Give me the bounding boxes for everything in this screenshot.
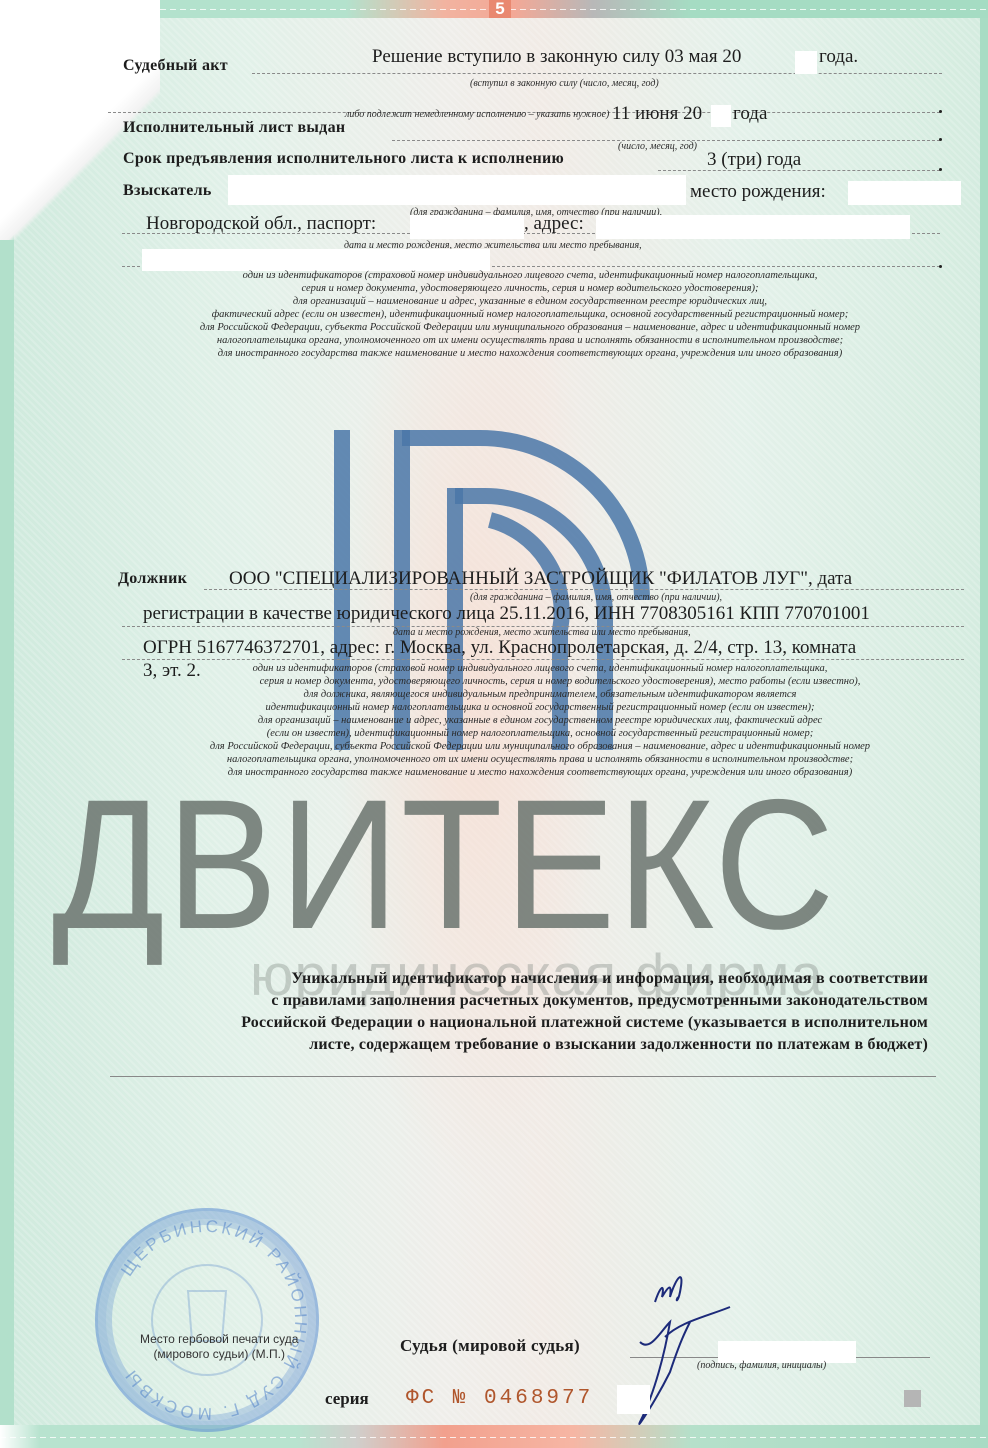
address-redaction: [596, 215, 910, 239]
judicial-act-line: [252, 73, 942, 74]
line-end-dot: [939, 110, 942, 113]
svg-text:ЩЕРБИНСКИЙ РАЙОННЫЙ СУД Г. МОС: ЩЕРБИНСКИЙ РАЙОННЫЙ СУД Г. МОСКВЫ: [117, 1217, 310, 1424]
term-label: Срок предъявления исполнительного листа …: [123, 150, 564, 168]
note-line: серия и номер документа, удостоверяющего…: [120, 282, 940, 295]
judicial-act-label: Судебный акт: [123, 57, 228, 75]
debtor-line-3-rule: [122, 659, 964, 660]
note-line: для Российской Федерации, субъекта Росси…: [120, 321, 940, 334]
brand-watermark: ДВИТЕКС: [52, 790, 836, 940]
birthplace-label: место рождения:: [690, 181, 826, 203]
seal-place-line-2: (мирового судьи) (М.П.): [140, 1347, 298, 1362]
seal-place-label: Место гербовой печати суда (мирового суд…: [140, 1332, 298, 1362]
redaction: [711, 105, 731, 127]
note-line: (если он известен), идентификационный но…: [110, 727, 970, 740]
series-label: серия: [325, 1389, 369, 1409]
writ-issued-hint: (число, месяц, год): [618, 141, 697, 152]
claimant-notes: один из идентификаторов (страховой номер…: [120, 269, 940, 360]
debtor-line-2: регистрации в качестве юридического лица…: [143, 603, 870, 625]
page-number: 5: [489, 0, 511, 18]
court-seal: ЩЕРБИНСКИЙ РАЙОННЫЙ СУД Г. МОСКВЫ: [95, 1208, 319, 1432]
redaction: [795, 51, 817, 74]
judge-label: Судья (мировой судья): [400, 1336, 580, 1356]
uid-line: Уникальный идентификатор начисления и ин…: [108, 968, 928, 990]
note-line: для организаций – наименование и адрес, …: [110, 714, 970, 727]
debtor-label: Должник: [118, 570, 187, 588]
writ-issued-label: Исполнительный лист выдан: [123, 119, 345, 137]
debtor-hint-1: (для гражданина – фамилия, имя, отчество…: [470, 592, 722, 603]
debtor-line-1: ООО "СПЕЦИАЛИЗИРОВАННЫЙ ЗАСТРОЙЩИК "ФИЛА…: [229, 568, 852, 590]
claimant-line-2-prefix: Новгородской обл., паспорт:: [146, 213, 376, 235]
note-line: один из идентификаторов (страховой номер…: [110, 662, 970, 675]
corner-marker: [904, 1390, 921, 1407]
claimant-label: Взыскатель: [123, 182, 212, 200]
note-line: один из идентификаторов (страховой номер…: [120, 269, 940, 282]
judicial-act-hint: (вступил в законную силу (число, месяц, …: [470, 78, 659, 89]
address-label: , адрес:: [524, 213, 584, 235]
seal-ring-icon: ЩЕРБИНСКИЙ РАЙОННЫЙ СУД Г. МОСКВЫ: [98, 1211, 316, 1429]
judicial-act-value: Решение вступило в законную силу 03 мая …: [372, 46, 741, 68]
series-redaction: [617, 1385, 650, 1414]
note-line: для должника, являющегося индивидуальным…: [110, 688, 970, 701]
claimant-name-redaction: [228, 175, 686, 205]
passport-redaction: [410, 215, 524, 239]
note-line: для иностранного государства также наиме…: [120, 347, 940, 360]
writ-issued-suffix: года: [733, 103, 767, 125]
claimant-line-3-redaction: [142, 249, 490, 271]
line-end-dot: [939, 265, 942, 268]
note-line: идентификационный номер налогоплательщик…: [110, 701, 970, 714]
immediate-hint: либо подлежит немедленному исполнению – …: [345, 109, 609, 120]
note-line: налогоплательщика органа, уполномоченног…: [120, 334, 940, 347]
seal-place-line-1: Место гербовой печати суда: [140, 1332, 298, 1347]
note-line: для Российской Федерации, субъекта Росси…: [110, 740, 970, 753]
line-end-dot: [939, 138, 942, 141]
uid-line: Российской Федерации о национальной плат…: [108, 1012, 928, 1034]
uid-line: листе, содержащем требование о взыскании…: [108, 1034, 928, 1056]
series-number: ФС № 0468977: [406, 1387, 593, 1410]
note-line: фактический адрес (если он известен), ид…: [120, 308, 940, 321]
uid-line-rule: [110, 1076, 936, 1077]
birthplace-redaction: [848, 181, 961, 205]
unique-identifier-block: Уникальный идентификатор начисления и ин…: [108, 968, 928, 1056]
debtor-line-3: ОГРН 5167746372701, адрес: г. Москва, ул…: [143, 637, 856, 659]
writ-issued-value: 11 июня 20: [612, 103, 702, 125]
judicial-act-suffix: года.: [819, 46, 858, 68]
note-line: для организаций – наименование и адрес, …: [120, 295, 940, 308]
note-line: серия и номер документа, удостоверяющего…: [110, 675, 970, 688]
line-end-dot: [939, 168, 942, 171]
term-value: 3 (три) года: [707, 149, 801, 171]
right-border-stripe: [980, 0, 988, 1448]
uid-line: с правилами заполнения расчетных докумен…: [108, 990, 928, 1012]
